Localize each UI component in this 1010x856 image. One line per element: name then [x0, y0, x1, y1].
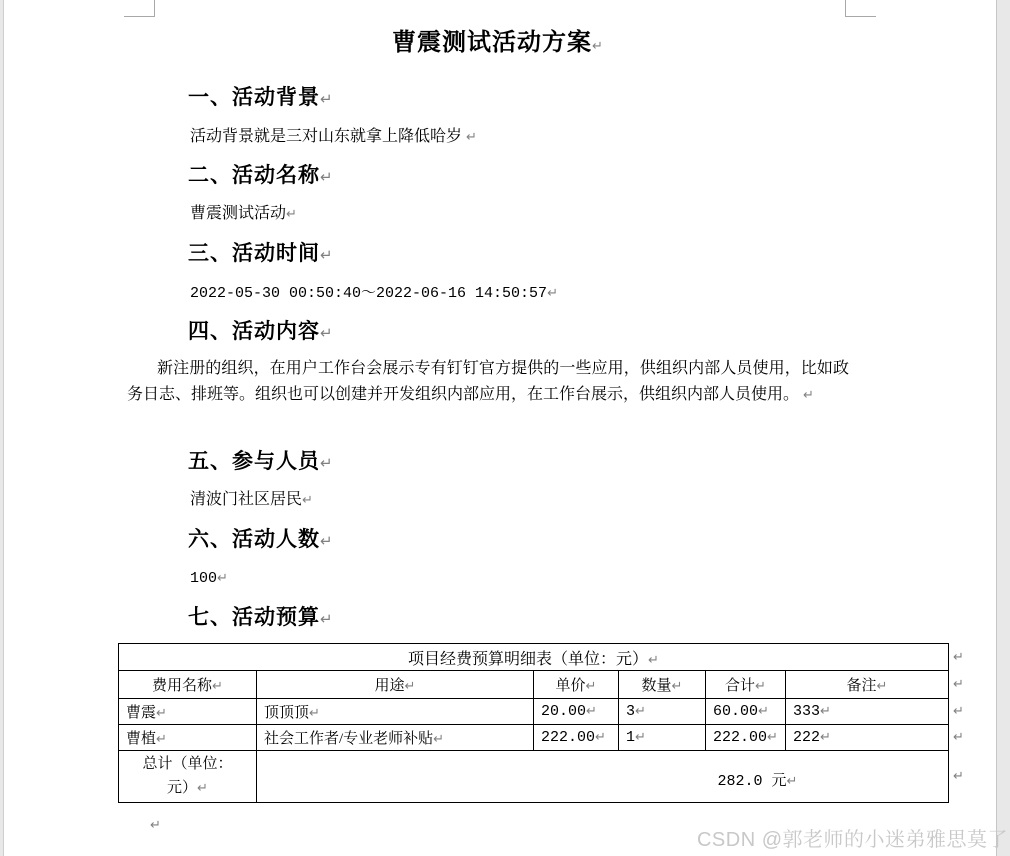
table-cell: 曹植↵	[119, 725, 257, 751]
pilcrow-icon: ↵	[595, 730, 606, 745]
table-title: 项目经费预算明细表（单位：元）↵	[119, 644, 949, 671]
document-page: 曹震测试活动方案↵ 一、活动背景↵ 活动背景就是三对山东就拿上降低哈岁 ↵ 二、…	[0, 0, 1010, 856]
table-title-text: 项目经费预算明细表（单位：元）	[408, 651, 648, 668]
row-end-mark: ↵	[949, 644, 971, 671]
body-text: 新注册的组织，在用户工作台会展示专有钉钉官方提供的一些应用，供组织内部人员使用，…	[127, 360, 849, 403]
pilcrow-icon: ↵	[320, 246, 333, 264]
heading-text: 三、活动时间	[188, 241, 320, 265]
cell-text: 3	[626, 703, 635, 720]
pilcrow-icon: ↵	[820, 730, 831, 745]
body-text: 2022-05-30 00:50:40～2022-06-16 14:50:57	[190, 285, 547, 302]
pilcrow-icon: ↵	[156, 732, 167, 747]
heading-text: 二、活动名称	[188, 163, 320, 187]
section-body-participants: 清波门社区居民↵	[190, 489, 313, 512]
budget-table: 项目经费预算明细表（单位：元）↵ ↵ 费用名称↵ 用途↵ 单价↵ 数量↵ 合计↵…	[118, 643, 971, 803]
pilcrow-icon: ↵	[320, 454, 333, 472]
row-end-mark: ↵	[949, 751, 971, 803]
cell-text: 222	[793, 729, 820, 746]
table-row: 曹植↵ 社会工作者/专业老师补贴↵ 222.00↵ 1↵ 222.00↵ 222…	[119, 725, 971, 751]
table-cell: 社会工作者/专业老师补贴↵	[257, 725, 534, 751]
table-title-row: 项目经费预算明细表（单位：元）↵ ↵	[119, 644, 971, 671]
cell-text: 顶顶顶	[264, 705, 309, 721]
section-heading-content: 四、活动内容↵	[188, 318, 333, 346]
cell-text: 曹植	[126, 731, 156, 747]
section-body-time: 2022-05-30 00:50:40～2022-06-16 14:50:57↵	[190, 283, 558, 305]
pilcrow-icon: ↵	[286, 207, 297, 222]
table-cell: 3↵	[619, 699, 706, 725]
page-title-text: 曹震测试活动方案	[392, 30, 592, 56]
pilcrow-icon: ↵	[302, 493, 313, 508]
cell-text: 333	[793, 703, 820, 720]
pilcrow-icon: ↵	[953, 677, 964, 692]
pilcrow-icon: ↵	[586, 704, 597, 719]
pilcrow-icon: ↵	[953, 704, 964, 719]
pilcrow-icon: ↵	[217, 571, 228, 586]
section-body-headcount: 100↵	[190, 568, 228, 590]
section-heading-background: 一、活动背景↵	[188, 84, 333, 112]
pilcrow-icon: ↵	[320, 168, 333, 186]
pilcrow-icon: ↵	[953, 650, 964, 665]
col-header-unit-price: 单价↵	[534, 671, 619, 699]
section-heading-headcount: 六、活动人数↵	[188, 526, 333, 554]
pilcrow-icon: ↵	[953, 769, 964, 784]
pilcrow-icon: ↵	[767, 730, 778, 745]
table-total-row: 总计（单位：元）↵ 282.0 元↵ ↵	[119, 751, 971, 803]
table-cell: 222.00↵	[706, 725, 786, 751]
table-cell: 222↵	[786, 725, 949, 751]
pilcrow-icon: ↵	[433, 732, 444, 747]
body-text: 100	[190, 570, 217, 587]
total-label-text: 总计（单位：	[142, 756, 232, 772]
col-header-fee-name: 费用名称↵	[119, 671, 257, 699]
pilcrow-icon: ↵	[309, 706, 320, 721]
heading-text: 四、活动内容	[188, 319, 320, 343]
pilcrow-icon: ↵	[212, 679, 223, 694]
pilcrow-icon: ↵	[787, 774, 798, 789]
pilcrow-icon: ↵	[197, 781, 208, 796]
pilcrow-icon: ↵	[320, 532, 333, 550]
section-heading-time: 三、活动时间↵	[188, 240, 333, 268]
col-header-remark: 备注↵	[786, 671, 949, 699]
cell-text: 222.00	[541, 729, 595, 746]
pilcrow-icon: ↵	[758, 704, 769, 719]
cell-text: 社会工作者/专业老师补贴	[264, 731, 433, 747]
row-end-mark: ↵	[949, 725, 971, 751]
section-heading-participants: 五、参与人员↵	[188, 448, 333, 476]
left-edge-strip	[0, 0, 4, 856]
row-end-mark: ↵	[949, 699, 971, 725]
table-row: 曹震↵ 顶顶顶↵ 20.00↵ 3↵ 60.00↵ 333↵ ↵	[119, 699, 971, 725]
heading-text: 六、活动人数	[188, 527, 320, 551]
page-title: 曹震测试活动方案↵	[127, 28, 868, 62]
total-value-text: 282.0 元	[718, 773, 787, 790]
pilcrow-icon: ↵	[635, 704, 646, 719]
table-cell: 333↵	[786, 699, 949, 725]
heading-text: 七、活动预算	[188, 605, 320, 629]
section-body-background: 活动背景就是三对山东就拿上降低哈岁 ↵	[190, 126, 477, 149]
header-text: 备注	[847, 678, 877, 694]
row-end-mark: ↵	[949, 671, 971, 699]
pilcrow-icon: ↵	[320, 324, 333, 342]
cell-text: 60.00	[713, 703, 758, 720]
table-cell: 20.00↵	[534, 699, 619, 725]
csdn-watermark: CSDN @郭老师的小迷弟雅思莫了	[697, 823, 1008, 852]
pilcrow-icon: ↵	[547, 286, 558, 301]
margin-corner-mark-top-right	[845, 0, 876, 17]
header-text: 单价	[556, 678, 586, 694]
body-text: 曹震测试活动	[190, 205, 286, 222]
pilcrow-icon: ↵	[635, 730, 646, 745]
table-cell: 60.00↵	[706, 699, 786, 725]
pilcrow-icon: ↵	[405, 679, 416, 694]
pilcrow-icon: ↵	[755, 679, 766, 694]
section-heading-budget: 七、活动预算↵	[188, 604, 333, 632]
col-header-purpose: 用途↵	[257, 671, 534, 699]
total-label-text: 元）	[167, 780, 197, 796]
margin-corner-mark-top-left	[124, 0, 155, 17]
cell-text: 1	[626, 729, 635, 746]
pilcrow-icon: ↵	[150, 818, 161, 833]
pilcrow-icon: ↵	[156, 706, 167, 721]
cell-text: 20.00	[541, 703, 586, 720]
heading-text: 一、活动背景	[188, 85, 320, 109]
header-text: 用途	[375, 678, 405, 694]
section-body-name: 曹震测试活动↵	[190, 203, 297, 226]
pilcrow-icon: ↵	[320, 610, 333, 628]
pilcrow-icon: ↵	[877, 679, 888, 694]
body-text: 清波门社区居民	[190, 491, 302, 508]
pilcrow-icon: ↵	[586, 679, 597, 694]
right-edge-strip	[996, 0, 1010, 856]
table-cell: 222.00↵	[534, 725, 619, 751]
table-cell: 曹震↵	[119, 699, 257, 725]
col-header-total: 合计↵	[706, 671, 786, 699]
total-value: 282.0 元↵	[257, 751, 949, 803]
table-cell: 1↵	[619, 725, 706, 751]
header-text: 数量	[642, 678, 672, 694]
pilcrow-icon: ↵	[648, 653, 659, 668]
header-text: 费用名称	[152, 678, 212, 694]
pilcrow-icon: ↵	[820, 704, 831, 719]
end-of-document-mark: ↵	[150, 818, 161, 834]
header-text: 合计	[725, 678, 755, 694]
col-header-quantity: 数量↵	[619, 671, 706, 699]
heading-text: 五、参与人员	[188, 449, 320, 473]
pilcrow-icon: ↵	[592, 39, 603, 54]
table-cell: 顶顶顶↵	[257, 699, 534, 725]
body-text: 活动背景就是三对山东就拿上降低哈岁	[190, 128, 466, 145]
pilcrow-icon: ↵	[466, 130, 477, 145]
pilcrow-icon: ↵	[320, 90, 333, 108]
pilcrow-icon: ↵	[672, 679, 683, 694]
cell-text: 222.00	[713, 729, 767, 746]
section-heading-name: 二、活动名称↵	[188, 162, 333, 190]
pilcrow-icon: ↵	[803, 388, 814, 403]
section-body-content: 新注册的组织，在用户工作台会展示专有钉钉官方提供的一些应用，供组织内部人员使用，…	[127, 356, 849, 409]
cell-text: 曹震	[126, 705, 156, 721]
pilcrow-icon: ↵	[953, 730, 964, 745]
table-header-row: 费用名称↵ 用途↵ 单价↵ 数量↵ 合计↵ 备注↵ ↵	[119, 671, 971, 699]
total-label: 总计（单位：元）↵	[119, 751, 257, 803]
